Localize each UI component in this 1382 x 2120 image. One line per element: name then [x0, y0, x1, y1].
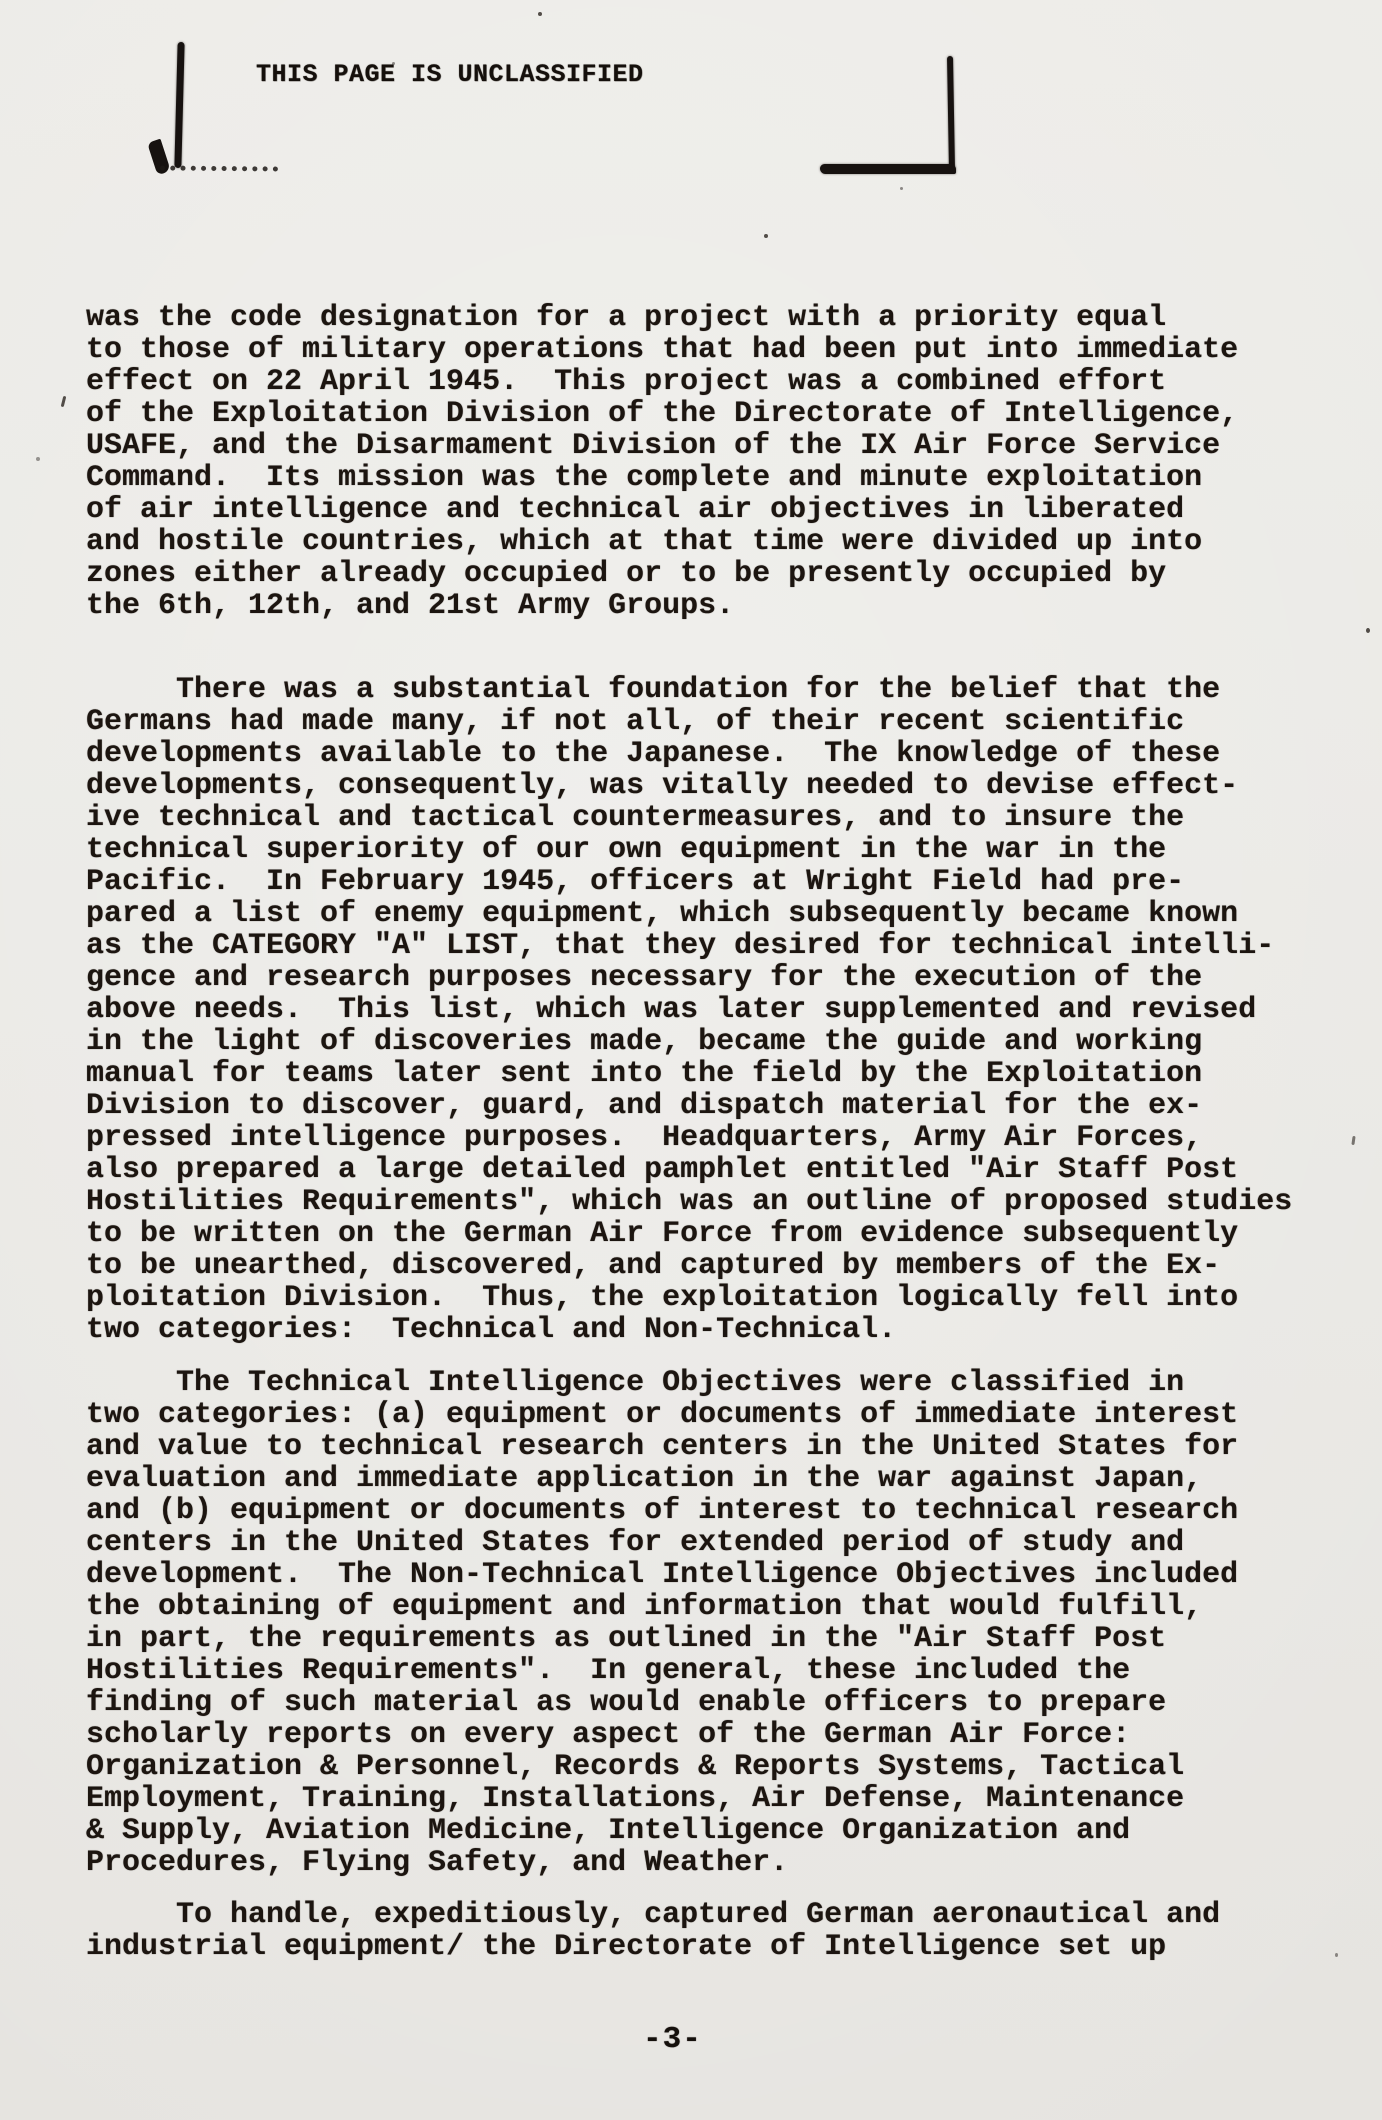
paragraph-3: The Technical Intelligence Objectives we… — [86, 1367, 1238, 1879]
paragraph-4: To handle, expeditiously, captured Germa… — [86, 1899, 1220, 1963]
ink-speck — [900, 187, 903, 190]
stamp-bracket-right-underline — [820, 164, 956, 174]
stamp-bracket-left-underline — [160, 165, 278, 171]
ink-speck — [36, 457, 40, 461]
stamp-bracket-left-vertical — [174, 42, 184, 168]
ink-speck — [1196, 1437, 1199, 1440]
ink-speck — [1351, 1136, 1355, 1145]
ink-speck — [392, 62, 395, 65]
ink-speck — [538, 12, 542, 16]
ink-speck — [61, 396, 67, 407]
paragraph-1: was the code designation for a project w… — [86, 302, 1238, 622]
ink-speck — [764, 234, 768, 238]
classification-banner: THIS PAGE IS UNCLASSIFIED — [256, 60, 644, 89]
ink-speck — [1366, 628, 1370, 633]
paragraph-2: There was a substantial foundation for t… — [86, 674, 1292, 1346]
stamp-bracket-right-vertical — [947, 56, 955, 170]
page-number: -3- — [643, 2022, 702, 2057]
ink-speck — [1335, 1953, 1338, 1957]
scanned-document-page: THIS PAGE IS UNCLASSIFIED was the code d… — [0, 0, 1382, 2120]
